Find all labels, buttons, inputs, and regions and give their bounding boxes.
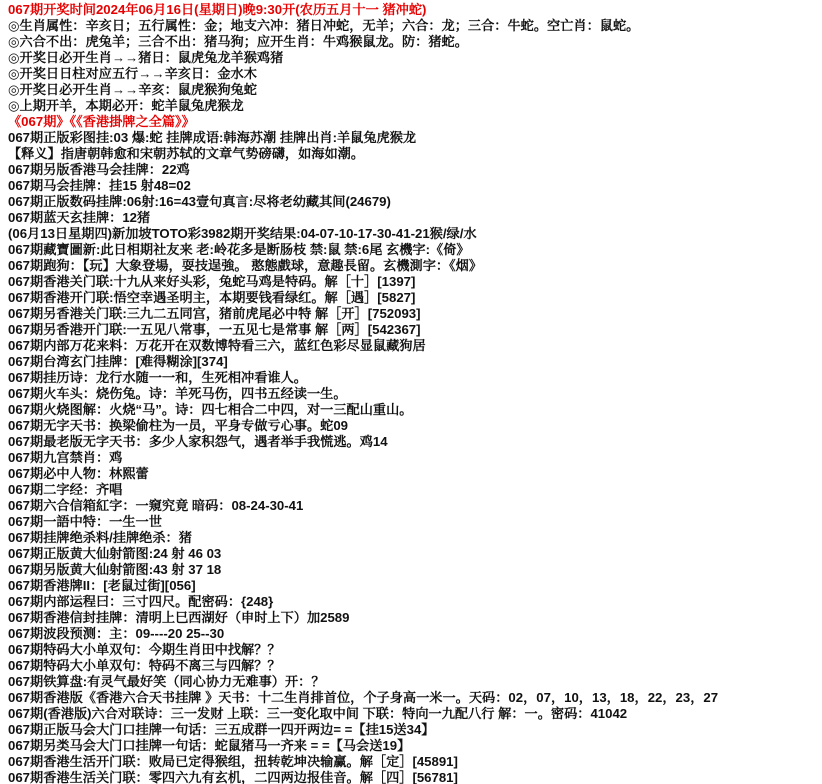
text-line: 067期香港版《香港六合天书挂牌 》天书：十二生肖排首位，个子身高一米一。天码：… [8,690,822,706]
text-line: ◎生肖属性：辛亥日；五行属性：金；地支六冲：猪日冲蛇，无羊；六合：龙；三合：牛蛇… [8,18,822,34]
text-line: 067期最老版无字天书：多少人家积怨气，遇者举手我慌逃。鸡14 [8,434,822,450]
text-line: ◎开奖日日柱对应五行→→辛亥日：金水木 [8,66,822,82]
text-line: 067期火车头：烧伤兔。诗：羊死马伤，四书五经读一生。 [8,386,822,402]
text-line: 【释义】指唐朝韩愈和宋朝苏轼的文章气势磅礴，如海如潮。 [8,146,822,162]
text-line: 067期九宫禁肖：鸡 [8,450,822,466]
text-line: 067期正版彩图挂:03 爆:蛇 挂牌成语:韩海苏潮 挂牌出肖:羊鼠兔虎猴龙 [8,130,822,146]
text-line: 067期火烧图解：火烧“马”。诗：四七相合二中四，对一三配山重山。 [8,402,822,418]
heading-line: 《067期》《《香港掛牌之全篇》》 [8,114,822,130]
text-line: 067期内部万花来料：万花开在双数博特看三六，蓝红色彩尽显鼠藏狗居 [8,338,822,354]
heading-line: 067期开奖时间2024年06月16日(星期日)晚9:30开(农历五月十一 猪冲… [8,2,822,18]
text-line: 067期马会挂牌：挂15 射48=02 [8,178,822,194]
text-line: 067期另类马会大门口挂牌一句话：蛇鼠猪马一齐来 = =【马会送19】 [8,738,822,754]
text-line: 067期(香港版)六合对联诗：三一发财 上联：三一变化取中间 下联：特向一九配八… [8,706,822,722]
text-line: 067期跑狗：【玩】大象登場，耍技逞強。 憨態戲球，意趣長留。玄機測字：《烟》 [8,258,822,274]
text-line: ◎六合不出：虎兔羊；三合不出：猪马狗；应开生肖：牛鸡猴鼠龙。防：猪蛇。 [8,34,822,50]
text-line: 067期另版黄大仙射箭图:43 射 37 18 [8,562,822,578]
text-line: 067期另版香港马会挂牌：22鸡 [8,162,822,178]
text-line: 067期香港生活关门联：零四六九有玄机，二四两边报佳音。解［四］[56781] [8,770,822,784]
text-line: 067期正版数码挂牌:06射:16=43壹句真言:尽将老幼藏其间(24679) [8,194,822,210]
text-line: 067期内部运程曰：三寸四尺。配密码：{248} [8,594,822,610]
text-line: 067期另香港关门联:三九二五同宫，猪前虎尾必中特 解［开］[752093] [8,306,822,322]
text-line: 067期香港关门联:十九从来好头彩，兔蛇马鸡是特码。解［十］[1397] [8,274,822,290]
text-line: 067期二字经：齐唱 [8,482,822,498]
text-line: 067期必中人物：林熙蕾 [8,466,822,482]
text-line: 067期香港开门联:悟空幸遇圣明主，本期要钱看绿红。解［遇］[5827] [8,290,822,306]
text-line: ◎上期开羊，本期必开：蛇羊鼠兔虎猴龙 [8,98,822,114]
text-line: 067期特码大小单双句：特码不离三与四解？？ [8,658,822,674]
text-line: (06月13日星期四)新加坡TOTO彩3982期开奖结果:04-07-10-17… [8,226,822,242]
text-line: 067期香港信封挂牌：清明上巳西湖好（申时上下）加2589 [8,610,822,626]
text-line: 067期挂历诗：龙行水随一一和，生死相冲看谁人。 [8,370,822,386]
text-line: 067期正版马会大门口挂牌一句话：三五成群一四开两边= =【挂15送34】 [8,722,822,738]
text-line: ◎开奖日必开生肖→→猪日：鼠虎兔龙羊猴鸡猪 [8,50,822,66]
text-line: 067期藏寶圖新:此日相期社友来 老:岭花多是断肠枝 禁:鼠 禁:6尾 玄機字:… [8,242,822,258]
text-line: 067期挂牌绝杀料/挂牌绝杀：猪 [8,530,822,546]
content-lines: 067期开奖时间2024年06月16日(星期日)晚9:30开(农历五月十一 猪冲… [8,2,822,784]
text-line: 067期香港生活开门联：败局已定得猴组，扭转乾坤决输赢。解［定］[45891] [8,754,822,770]
text-line: 067期无字天书：换梁偷柱为一员，平身专做亏心事。蛇09 [8,418,822,434]
text-line: 067期另香港开门联:一五见八常事，一五见七是常事 解［两］[542367] [8,322,822,338]
text-line: 067期波段预测：主：09----20 25--30 [8,626,822,642]
text-line: 067期正版黄大仙射箭图:24 射 46 03 [8,546,822,562]
text-line: 067期一語中特：一生一世 [8,514,822,530]
text-line: ◎开奖日必开生肖→→辛亥：鼠虎猴狗兔蛇 [8,82,822,98]
text-line: 067期特码大小单双句：今期生肖田中找解？？ [8,642,822,658]
text-line: 067期台湾玄门挂牌：[难得糊涂][374] [8,354,822,370]
lottery-info-page: 067期开奖时间2024年06月16日(星期日)晚9:30开(农历五月十一 猪冲… [0,0,822,784]
text-line: 067期六合信箱紅字：一窺究竟 暗码：08-24-30-41 [8,498,822,514]
text-line: 067期香港牌II：[老鼠过街][056] [8,578,822,594]
text-line: 067期铁算盘:有灵气最好笑（同心协力无难事）开：？ [8,674,822,690]
text-line: 067期蓝天玄挂牌：12猪 [8,210,822,226]
